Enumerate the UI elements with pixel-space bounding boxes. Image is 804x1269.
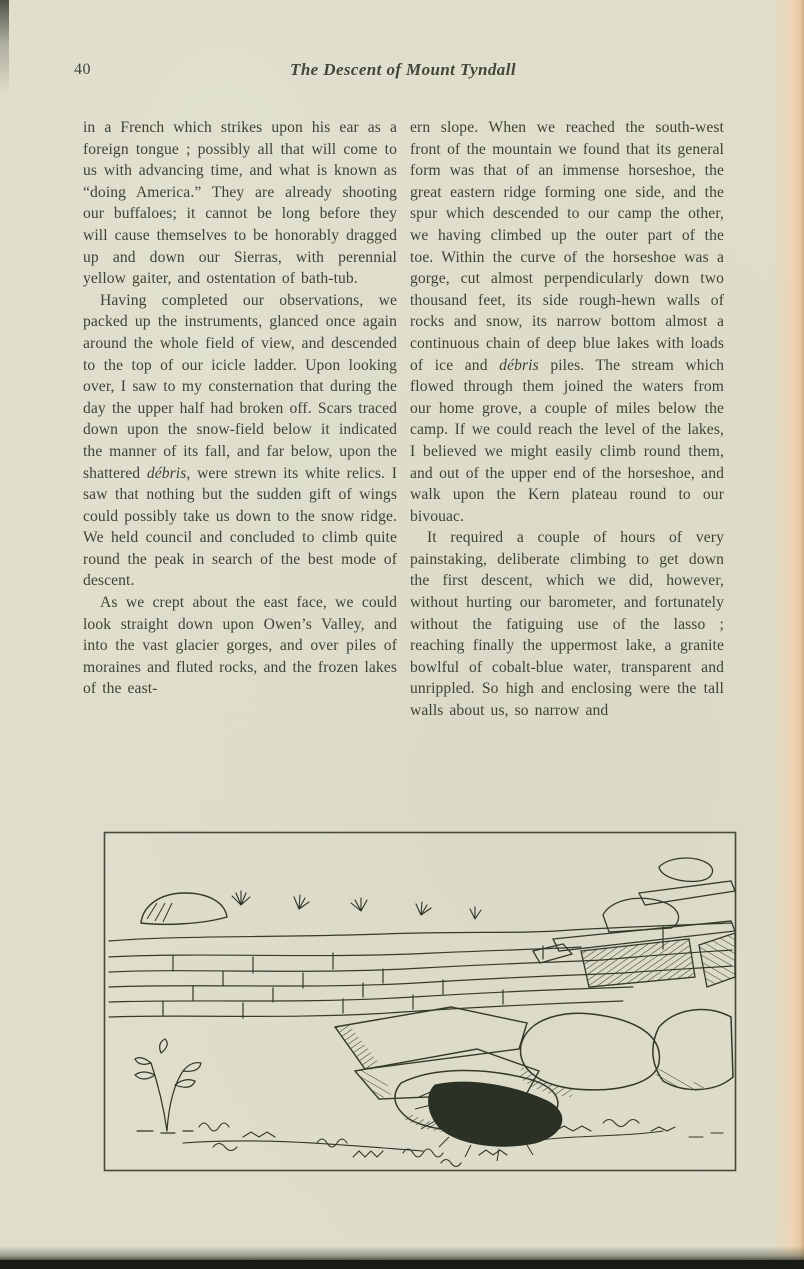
rock-illustration	[103, 831, 737, 1172]
page-number: 40	[74, 61, 91, 79]
page-header: 40 The Descent of Mount Tyndall	[83, 60, 723, 84]
page-bottom-shadow	[0, 1246, 804, 1260]
paragraph: Having completed our observations, we pa…	[83, 290, 397, 592]
paragraph: in a French which strikes upon his ear a…	[83, 117, 397, 290]
paragraph: As we crept about the east face, we coul…	[83, 592, 397, 700]
scan-edge-bottom	[0, 1260, 804, 1269]
running-title: The Descent of Mount Tyndall	[83, 60, 723, 80]
scan-edge-top-left	[0, 0, 9, 95]
text-column-right: ern slope. When we reached the south-wes…	[410, 117, 724, 722]
paragraph: ern slope. When we reached the south-wes…	[410, 117, 724, 527]
text-column-left: in a French which strikes upon his ear a…	[83, 117, 397, 700]
paragraph: It required a couple of hours of very pa…	[410, 527, 724, 721]
book-page: 40 The Descent of Mount Tyndall in a Fre…	[0, 0, 804, 1269]
page-edge-right	[770, 0, 804, 1269]
